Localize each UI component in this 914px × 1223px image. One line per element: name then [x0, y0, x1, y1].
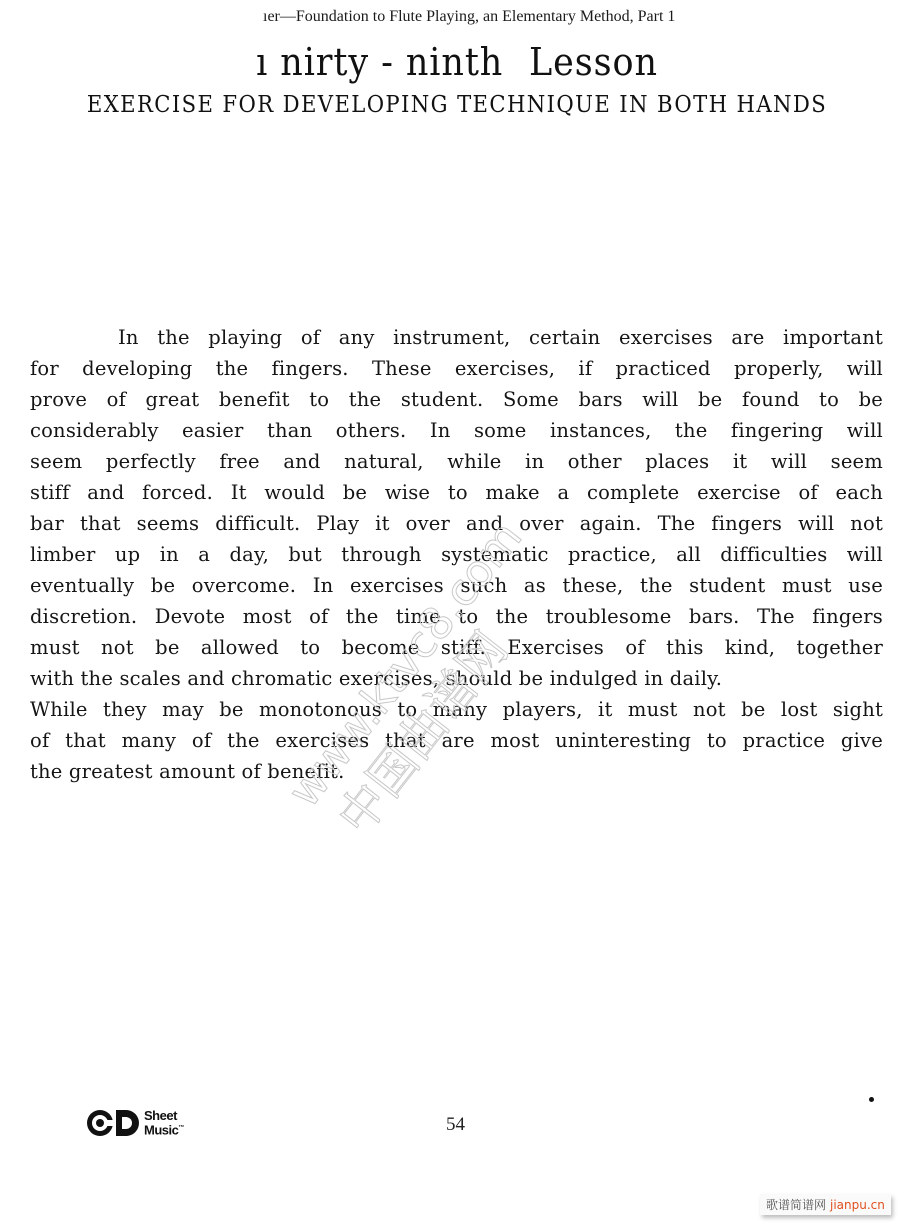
body-line: prove of great benefit to the student. S…	[30, 384, 883, 415]
lesson-title: ı nirty - ninthLesson	[37, 40, 878, 84]
trademark-mark: ™	[178, 1125, 184, 1131]
body-line: for developing the fingers. These exerci…	[30, 353, 883, 384]
lesson-title-number: ı nirty - ninth	[256, 40, 503, 84]
cd-sheet-music-logo: Sheet Music™	[86, 1108, 184, 1138]
stray-dot	[869, 1097, 874, 1102]
site-badge: 歌谱简谱网jianpu.cn	[760, 1194, 891, 1215]
lesson-title-word: Lesson	[529, 40, 658, 84]
logo-text-music: Music	[144, 1122, 178, 1137]
body-line: stiff and forced. It would be wise to ma…	[30, 477, 883, 508]
site-badge-url: jianpu.cn	[830, 1198, 885, 1212]
site-badge-cn: 歌谱简谱网	[766, 1198, 826, 1212]
body-line: bar that seems difficult. Play it over a…	[30, 508, 883, 539]
body-line: limber up in a day, but through systemat…	[30, 539, 883, 570]
cd-logo-icon	[86, 1108, 142, 1138]
body-line: discretion. Devote most of the time to t…	[30, 601, 883, 632]
body-line: considerably easier than others. In some…	[30, 415, 883, 446]
page-number: 54	[446, 1114, 465, 1136]
body-line: seem perfectly free and natural, while i…	[30, 446, 883, 477]
running-head: ıer—Foundation to Flute Playing, an Elem…	[263, 8, 723, 26]
body-line: with the scales and chromatic exercises,…	[30, 663, 883, 694]
body-line: must not be allowed to become stiff. Exe…	[30, 632, 883, 663]
body-line: While they may be monotonous to many pla…	[30, 694, 883, 725]
body-line: In the playing of any instrument, certai…	[30, 322, 883, 353]
body-line: of that many of the exercises that are m…	[30, 725, 883, 756]
body-line: eventually be overcome. In exercises suc…	[30, 570, 883, 601]
lesson-subtitle: EXERCISE FOR DEVELOPING TECHNIQUE IN BOT…	[37, 92, 878, 118]
logo-text-sheet: Sheet	[144, 1110, 184, 1122]
body-line: the greatest amount of benefit.	[30, 756, 883, 787]
body-paragraph: In the playing of any instrument, certai…	[30, 322, 883, 787]
logo-text: Sheet Music™	[144, 1110, 184, 1136]
